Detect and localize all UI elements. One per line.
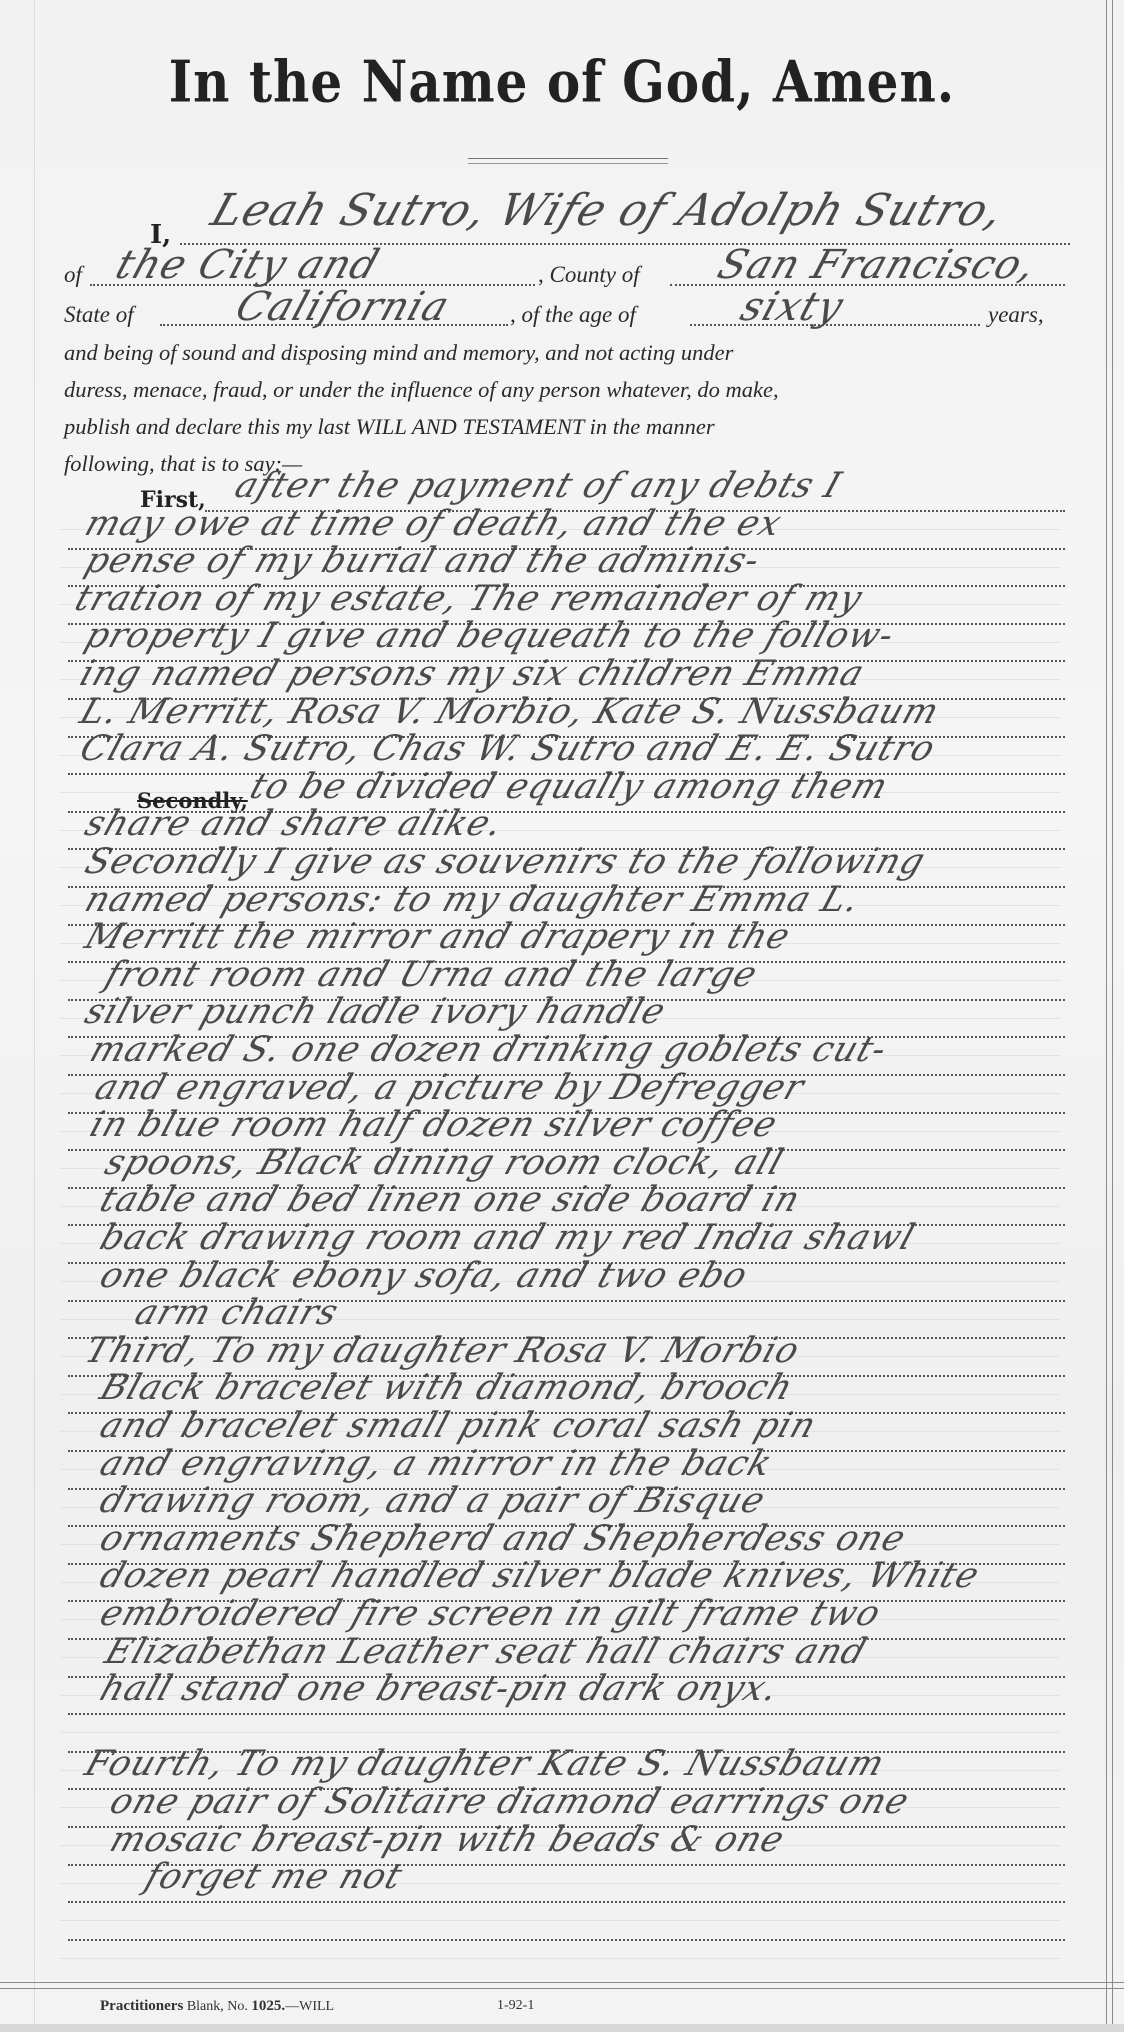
rule-line bbox=[68, 1901, 1065, 1903]
right-border-line bbox=[1112, 0, 1113, 2032]
title-rule bbox=[468, 163, 668, 164]
handwritten-line: Clara A. Sutro, Chas W. Sutro and E. E. … bbox=[75, 729, 941, 769]
county-label: , County of bbox=[538, 262, 640, 288]
handwritten-line: Secondly I give as souvenirs to the foll… bbox=[80, 842, 930, 882]
years-label: years, bbox=[988, 302, 1044, 328]
handwritten-line: property I give and bequeath to the foll… bbox=[80, 616, 899, 656]
handwritten-line: silver punch ladle ivory handle bbox=[80, 992, 671, 1032]
handwritten-line: ing named persons my six children Emma bbox=[75, 654, 870, 694]
handwritten-line: Merritt the mirror and drapery in the bbox=[80, 917, 796, 957]
of-label: of bbox=[64, 262, 82, 288]
handwritten-line: mosaic breast-pin with beads & one bbox=[105, 1820, 790, 1860]
form-code: 1-92-1 bbox=[497, 1998, 534, 2014]
handwritten-line: hall stand one breast-pin dark onyx. bbox=[95, 1669, 784, 1709]
title-rule bbox=[468, 158, 668, 159]
handwritten-line: may owe at time of death, and the ex bbox=[80, 504, 787, 544]
handwritten-line: marked S. one dozen drinking goblets cut… bbox=[85, 1030, 892, 1070]
form-body-line: publish and declare this my last WILL AN… bbox=[64, 414, 715, 440]
age-label: , of the age of bbox=[510, 302, 636, 328]
right-border-line bbox=[1106, 0, 1107, 2032]
handwritten-line: arm chairs bbox=[130, 1293, 344, 1333]
handwritten-line: ornaments Shepherd and Shepherdess one bbox=[95, 1519, 911, 1559]
footer-rule bbox=[0, 1982, 1124, 1983]
handwritten-line: pense of my burial and the adminis- bbox=[80, 541, 765, 581]
form-type: —WILL bbox=[285, 1999, 334, 2014]
handwritten-line: Black bracelet with diamond, brooch bbox=[95, 1368, 798, 1408]
paper-guide-line bbox=[60, 1920, 1060, 1921]
handwritten-line: and engraving, a mirror in the back bbox=[95, 1444, 778, 1484]
handwritten-line: after the payment of any debts I bbox=[230, 466, 847, 506]
handwritten-line: table and bed linen one side board in bbox=[95, 1180, 805, 1220]
testator-name: Leah Sutro, Wife of Adolph Sutro, bbox=[205, 185, 1010, 236]
age-value: sixty bbox=[735, 284, 850, 330]
rule-line bbox=[68, 1713, 1065, 1715]
footer-rule bbox=[0, 1988, 1124, 1989]
handwritten-line: and engraved, a picture by Defregger bbox=[90, 1068, 809, 1108]
county-value: San Francisco, bbox=[712, 242, 1042, 288]
form-name: Practitioners Blank, No. 1025.—WILL bbox=[100, 1998, 334, 2015]
will-document-page: In the Name of God, Amen. I, Leah Sutro,… bbox=[0, 0, 1124, 2032]
handwritten-line: Fourth, To my daughter Kate S. Nussbaum bbox=[80, 1744, 890, 1784]
form-body-line: and being of sound and disposing mind an… bbox=[64, 340, 733, 366]
handwritten-line: one pair of Solitaire diamond earrings o… bbox=[105, 1782, 914, 1822]
handwritten-line: back drawing room and my red India shawl bbox=[95, 1218, 920, 1258]
city-value: the City and bbox=[110, 242, 385, 288]
rule-line bbox=[68, 1939, 1065, 1941]
handwritten-line: drawing room, and a pair of Bisque bbox=[95, 1481, 770, 1521]
state-label: State of bbox=[64, 302, 134, 328]
handwritten-line: forget me not bbox=[140, 1857, 408, 1897]
form-number: 1025. bbox=[251, 1998, 285, 2014]
state-value: California bbox=[230, 284, 455, 330]
handwritten-line: to be divided equally among them bbox=[245, 767, 893, 807]
left-margin-line bbox=[34, 0, 35, 2032]
handwritten-line: share and share alike. bbox=[80, 804, 508, 844]
paper-guide-line bbox=[60, 1732, 1060, 1733]
handwritten-line: and bracelet small pink coral sash pin bbox=[95, 1406, 822, 1446]
handwritten-line: L. Merritt, Rosa V. Morbio, Kate S. Nuss… bbox=[75, 692, 944, 732]
handwritten-line: spoons, Black dining room clock, all bbox=[100, 1143, 789, 1183]
handwritten-line: Third, To my daughter Rosa V. Morbio bbox=[80, 1331, 805, 1371]
form-name-prefix: Practitioners bbox=[100, 1998, 183, 2014]
handwritten-line: Elizabethan Leather seat hall chairs and bbox=[100, 1632, 872, 1672]
form-body-line: duress, menace, fraud, or under the infl… bbox=[64, 377, 779, 403]
handwritten-line: named persons: to my daughter Emma L. bbox=[80, 880, 865, 920]
form-name-mid: Blank, No. bbox=[187, 1999, 248, 2014]
handwritten-line: dozen pearl handled silver blade knives,… bbox=[95, 1556, 985, 1596]
paper-guide-line bbox=[60, 1958, 1060, 1959]
scan-edge bbox=[0, 2024, 1124, 2032]
document-title: In the Name of God, Amen. bbox=[0, 48, 1124, 116]
handwritten-line: one black ebony sofa, and two ebo bbox=[95, 1256, 753, 1296]
handwritten-line: front room and Urna and the large bbox=[100, 955, 763, 995]
handwritten-line: in blue room half dozen silver coffee bbox=[85, 1105, 783, 1145]
handwritten-line: tration of my estate, The remainder of m… bbox=[70, 579, 868, 619]
handwritten-line: embroidered fire screen in gilt frame tw… bbox=[95, 1594, 886, 1634]
